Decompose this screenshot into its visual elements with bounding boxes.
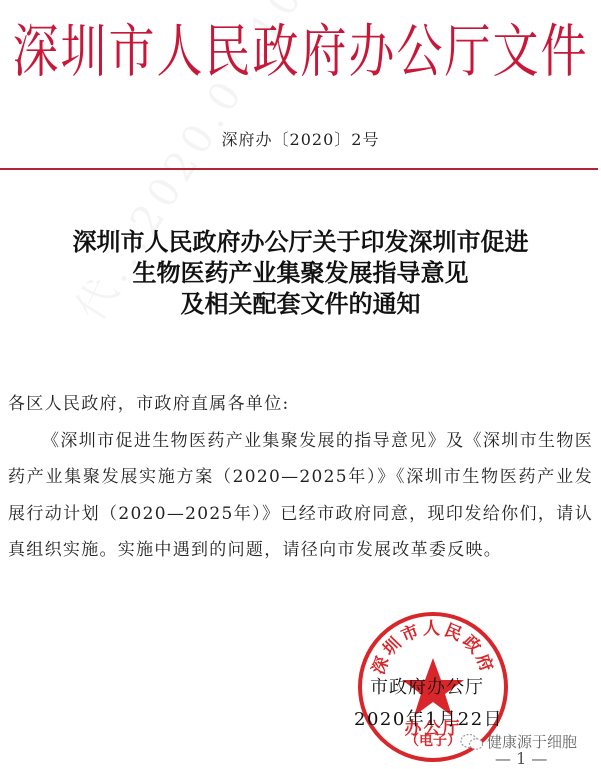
- issuer-header: 深圳市人民政府办公厅文件: [0, 6, 601, 89]
- title-line: 深圳市人民政府办公厅关于印发深圳市促进: [0, 226, 601, 257]
- document-title: 深圳市人民政府办公厅关于印发深圳市促进 生物医药产业集聚发展指导意见 及相关配套…: [0, 226, 601, 319]
- red-divider: [0, 168, 598, 170]
- title-line: 及相关配套文件的通知: [0, 288, 601, 319]
- signer: 市政府办公厅: [370, 673, 484, 699]
- wechat-icon: [460, 733, 484, 751]
- document-number: 深府办〔2020〕2号: [0, 127, 601, 150]
- page-number: — 1 —: [495, 749, 547, 768]
- salutation: 各区人民政府，市政府直属各单位:: [8, 386, 593, 423]
- signing-date: 2020年1月22日: [354, 705, 503, 731]
- title-line: 生物医药产业集聚发展指导意见: [0, 257, 601, 288]
- body-paragraph: 《深圳市促进生物医药产业集聚发展的指导意见》及《深圳市生物医药产业集聚发展实施方…: [8, 423, 593, 569]
- document-body: 各区人民政府，市政府直属各单位: 《深圳市促进生物医药产业集聚发展的指导意见》及…: [8, 386, 593, 569]
